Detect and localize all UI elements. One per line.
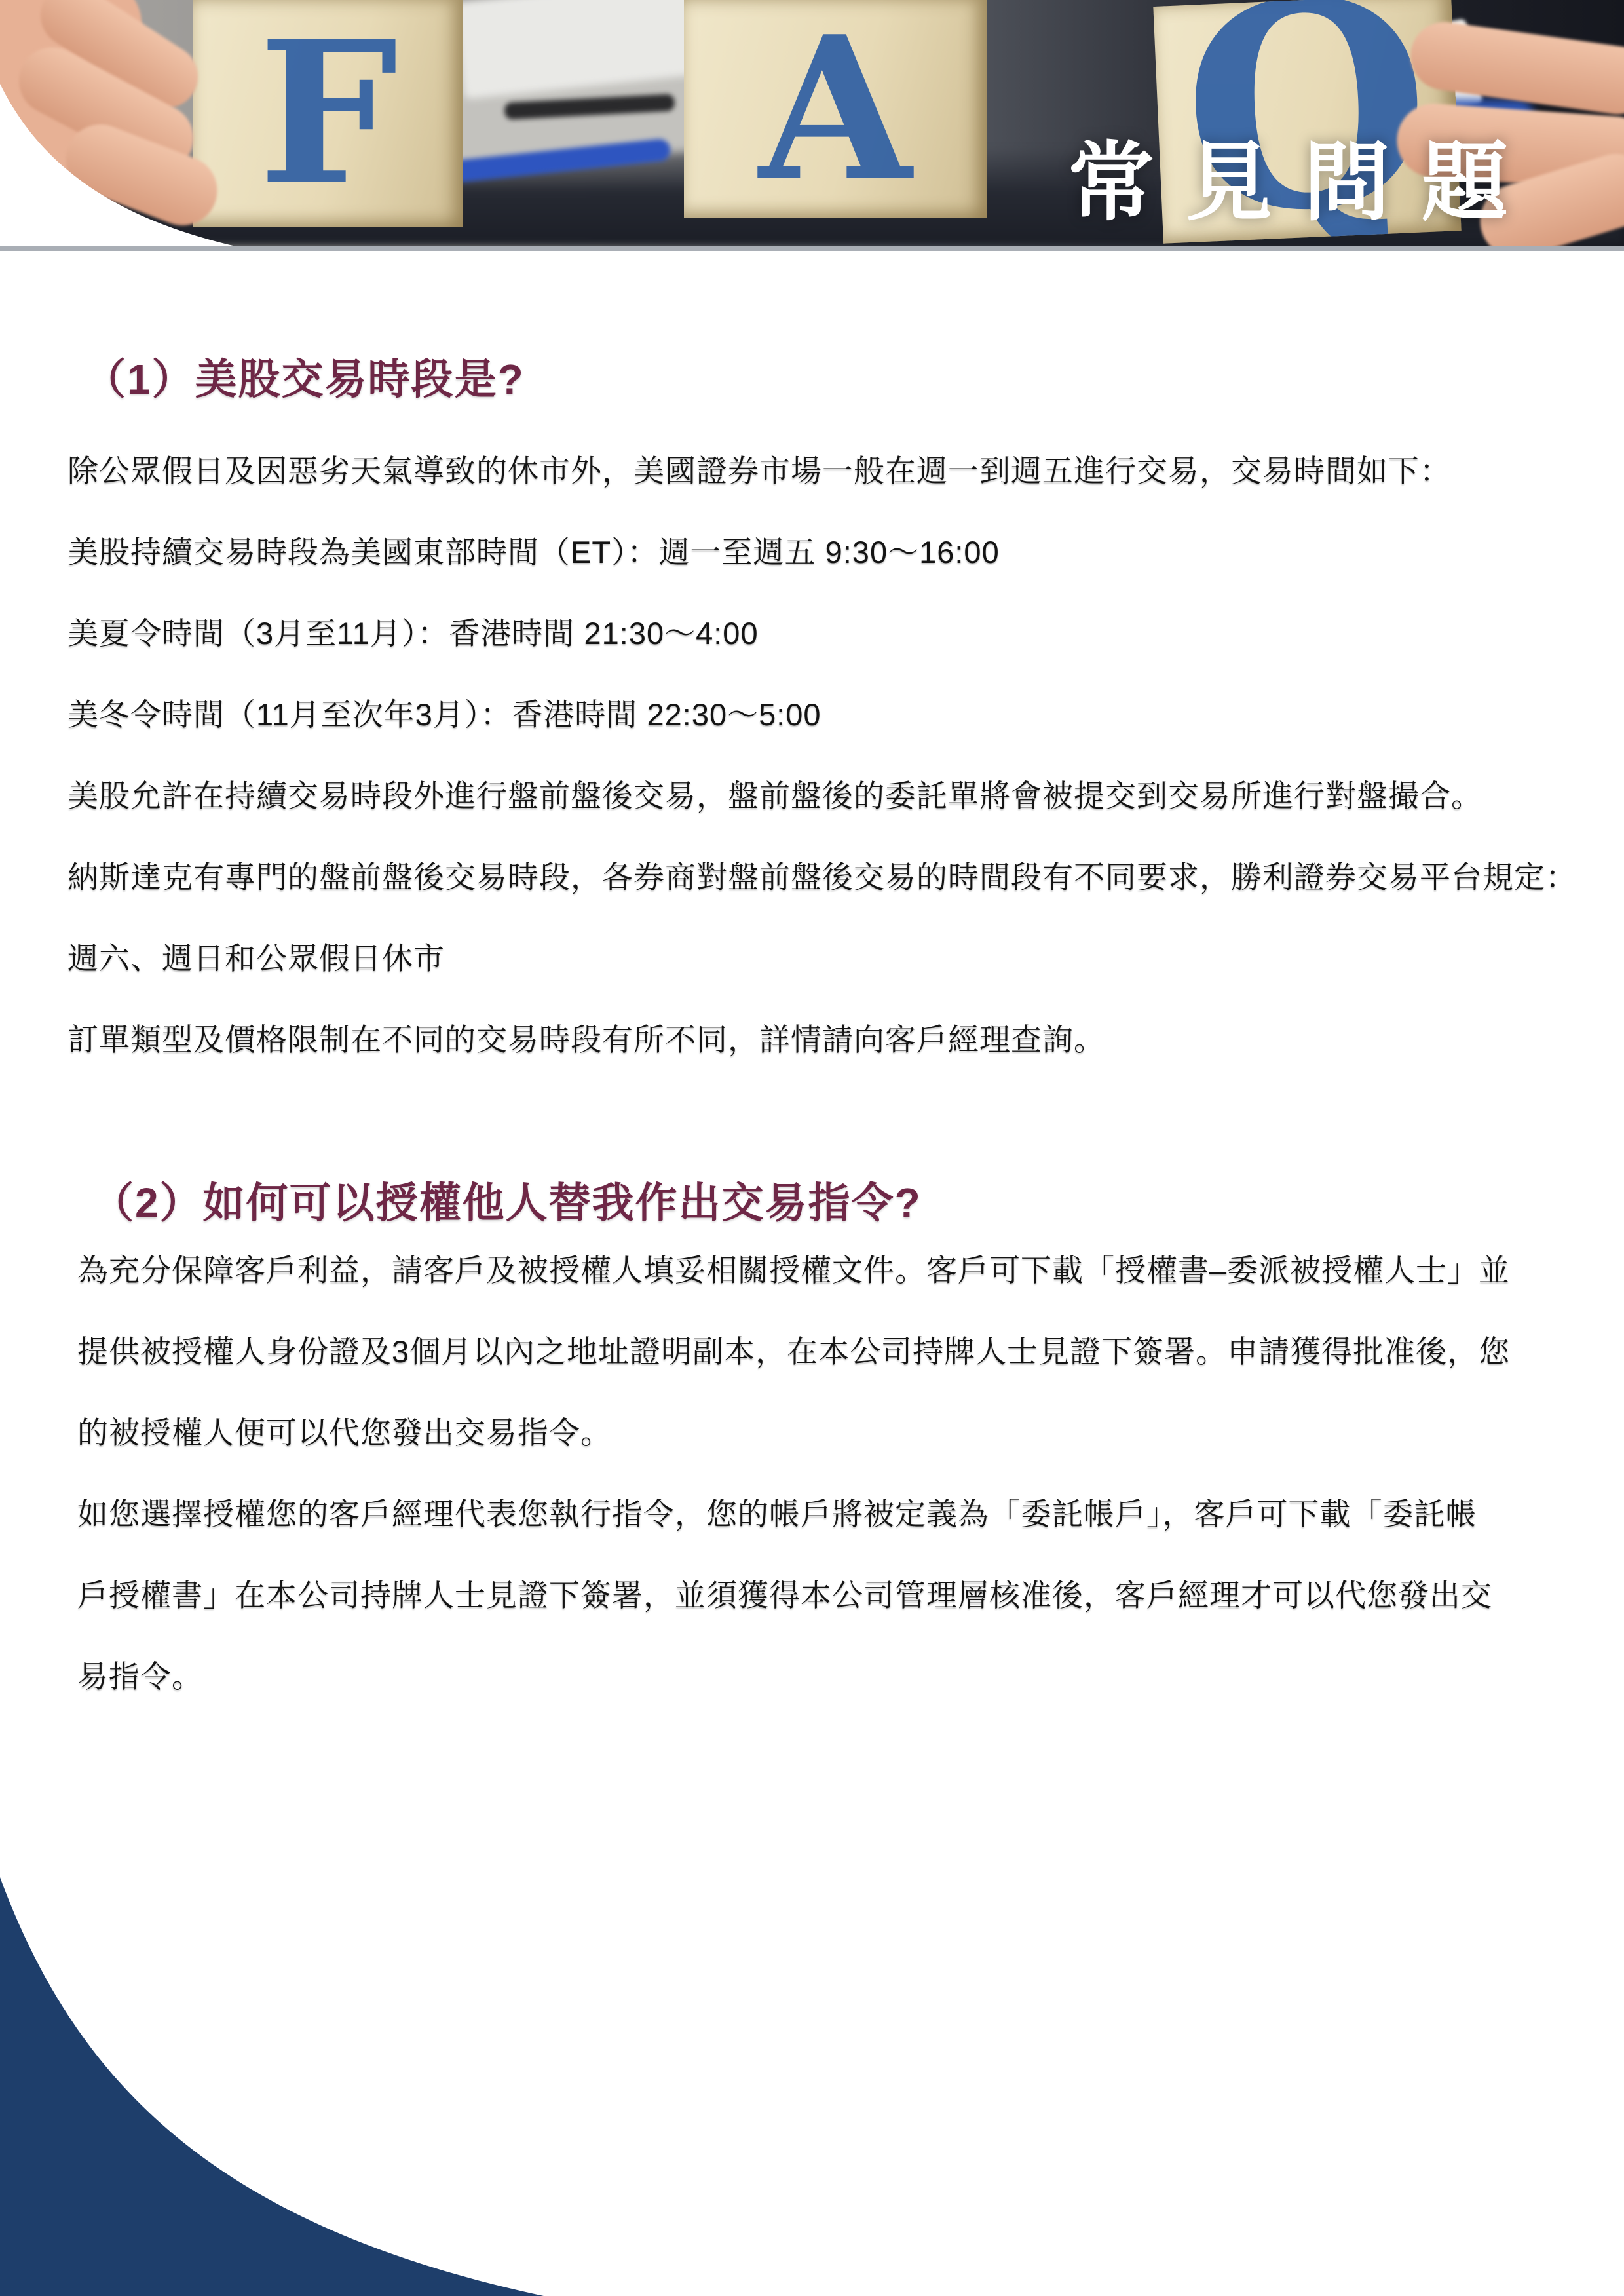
answer-line: 的被授權人便可以代您發出交易指令。 <box>77 1417 1510 1448</box>
header-white-curve <box>0 0 236 246</box>
question-2-answer: 為充分保障客戶利益，請客戶及被授權人填妥相關授權文件。客戶可下載「授權書–委派被… <box>77 1255 1510 1742</box>
bottom-left-corner-shape <box>0 1873 544 2296</box>
wooden-block-a: A <box>684 0 987 218</box>
answer-line: 美夏令時間（3月至11月）：香港時間 21:30～4:00 <box>67 618 1577 649</box>
answer-line: 除公眾假日及因惡劣天氣導致的休市外，美國證券市場一般在週一到週五進行交易，交易時… <box>67 455 1577 486</box>
answer-line: 如您選擇授權您的客戶經理代表您執行指令，您的帳戶將被定義為「委託帳戶」，客戶可下… <box>77 1499 1510 1529</box>
answer-line: 納斯達克有專門的盤前盤後交易時段，各券商對盤前盤後交易的時間段有不同要求，勝利證… <box>67 862 1577 892</box>
question-1-heading: （1）美股交易時段是? <box>84 346 525 406</box>
answer-line: 提供被授權人身份證及3個月以內之地址證明副本，在本公司持牌人士見證下簽署。申請獲… <box>77 1336 1510 1367</box>
question-2-heading: （2）如何可以授權他人替我作出交易指令? <box>92 1170 922 1230</box>
answer-line: 美冬令時間（11月至次年3月）：香港時間 22:30～5:00 <box>67 699 1577 730</box>
answer-line: 美股持續交易時段為美國東部時間（ET）：週一至週五 9:30～16:00 <box>67 537 1577 567</box>
answer-line: 週六、週日和公眾假日休市 <box>67 943 1577 974</box>
answer-line: 戶授權書」在本公司持牌人士見證下簽署，並須獲得本公司管理層核准後，客戶經理才可以… <box>77 1580 1510 1611</box>
answer-line: 為充分保障客戶利益，請客戶及被授權人填妥相關授權文件。客戶可下載「授權書–委派被… <box>77 1255 1510 1286</box>
block-letter-f: F <box>259 15 398 212</box>
faq-page: F A Q 常見問題 （1）美股交易時段是? 除公眾假日及因惡劣天氣導致的休市外… <box>0 0 1624 2296</box>
block-letter-a: A <box>759 10 912 207</box>
page-title: 常見問題 <box>1068 113 1605 237</box>
answer-line: 易指令。 <box>77 1661 1510 1692</box>
answer-line: 美股允許在持續交易時段外進行盤前盤後交易，盤前盤後的委託單將會被提交到交易所進行… <box>67 780 1577 811</box>
answer-line: 訂單類型及價格限制在不同的交易時段有所不同，詳情請向客戶經理查詢。 <box>67 1024 1577 1055</box>
header-photo: F A Q 常見問題 <box>0 0 1624 251</box>
question-1-answer: 除公眾假日及因惡劣天氣導致的休市外，美國證券市場一般在週一到週五進行交易，交易時… <box>67 455 1577 1105</box>
